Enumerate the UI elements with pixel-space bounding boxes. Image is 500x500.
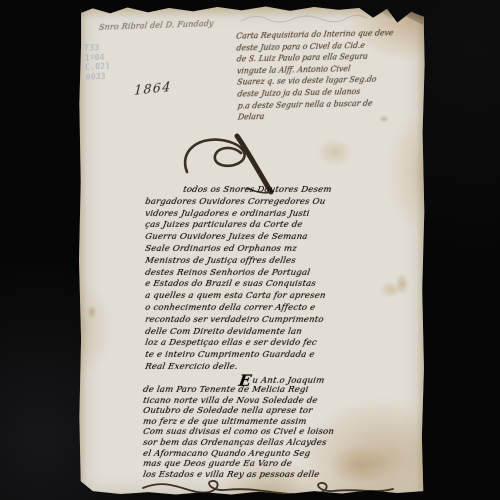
handwriting-line: bargadores Ouvidores Corregedores Ou [144, 197, 332, 209]
handwriting-line: ticano norte villa de Nova Soledade de [142, 396, 335, 407]
handwriting-line: sor bem das Ordenanças dellas Alcaydes [142, 438, 335, 449]
handwriting-line: mas que Deos guarde Ea Varo de [142, 459, 335, 470]
manuscript-paper: Snro Ribral del D. Fundady T33 1º04 C.02… [79, 5, 425, 496]
handwriting-line: te e inteiro Cumprimento Guardada e [144, 350, 332, 362]
handwriting-line: de lam Paro Tenente de Melicia Regi [142, 385, 335, 396]
handwriting-line: loz a Despetiçao ellas e ser devido fec [144, 338, 332, 350]
handwriting-line: Seale Ordinarios ed Orphanos mz [144, 244, 332, 256]
handwriting-line: todos os Snores Doutores Desem [144, 185, 332, 197]
handwriting-line: Delara [237, 108, 396, 123]
header-inscription: Snro Ribral del D. Fundady [99, 19, 214, 32]
handwriting-line: el Aformacano Quando Aregunto Seg [142, 449, 335, 460]
handwriting-line: destes Reinos Senhorios de Portugal [144, 268, 332, 280]
faint-scribble [239, 11, 369, 27]
handwriting-line: recontado ser verdadeiro Cumprimento [144, 315, 332, 327]
archival-code: T33 1º04 C.021 0033 [84, 42, 111, 82]
archival-code-line: 0033 [86, 71, 111, 82]
handwriting-line: e Estados do Brazil e suas Conquistas [144, 279, 332, 291]
manuscript-photo: Snro Ribral del D. Fundady T33 1º04 C.02… [0, 0, 500, 500]
body-paragraph-2: de lam Paro Tenente de Melicia Regi tica… [143, 385, 334, 480]
handwriting-line: mo ferz e de que ultimamente assim [142, 417, 335, 428]
foxing-spot [87, 305, 97, 319]
year-mark: 1864 [134, 79, 173, 98]
summary-block: Carta Requisitoria do Interino que deve … [236, 27, 395, 123]
handwriting-line: Outubro de Soledade nella aprese tor [142, 406, 335, 417]
handwriting-line: Com suas divisas el como os Civel e lois… [142, 427, 335, 438]
handwriting-line: delle Com Direito devidamente lan [144, 327, 332, 339]
header-inscription-text: Snro Ribral del D. Fundady [98, 19, 214, 32]
foxing-spot [395, 273, 409, 295]
body-paragraph-1: todos os Snores Doutores Desem bargadore… [145, 185, 331, 374]
handwriting-line: Menistros de Justiça offres delles [144, 256, 332, 268]
handwriting-line: vidores Julgadores e ordinarias Justi [144, 209, 332, 221]
torn-corner-shadow [375, 5, 423, 25]
handwriting-line: Guerra Ouvidores Juizes de Semana [144, 232, 332, 244]
handwriting-line: o conhecimento della correr Affecto e [144, 303, 332, 315]
bottom-flourish [141, 477, 399, 495]
handwriting-line: a quelles a quem esta Carta for apresen [144, 291, 332, 303]
handwriting-line: ças Juizes particulares da Corte de [144, 220, 332, 232]
